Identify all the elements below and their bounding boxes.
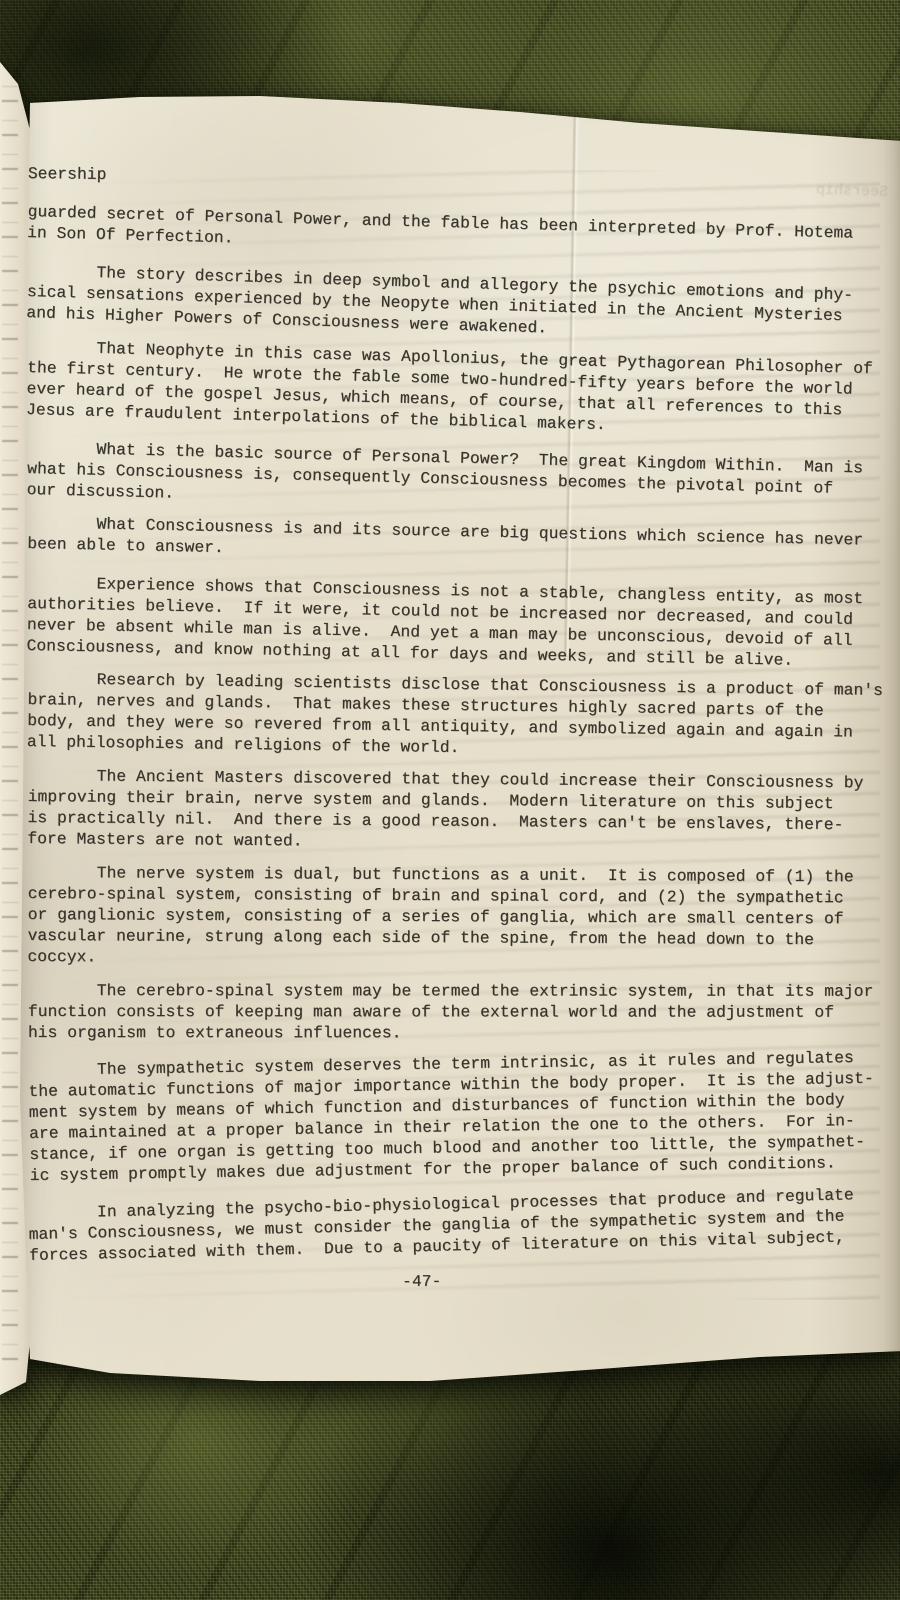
page-shading [0,0,900,1600]
book-page-wrapper: Seership Seership guarded secret of Pers… [0,0,900,1600]
book-page: Seership Seership guarded secret of Pers… [0,0,900,1600]
